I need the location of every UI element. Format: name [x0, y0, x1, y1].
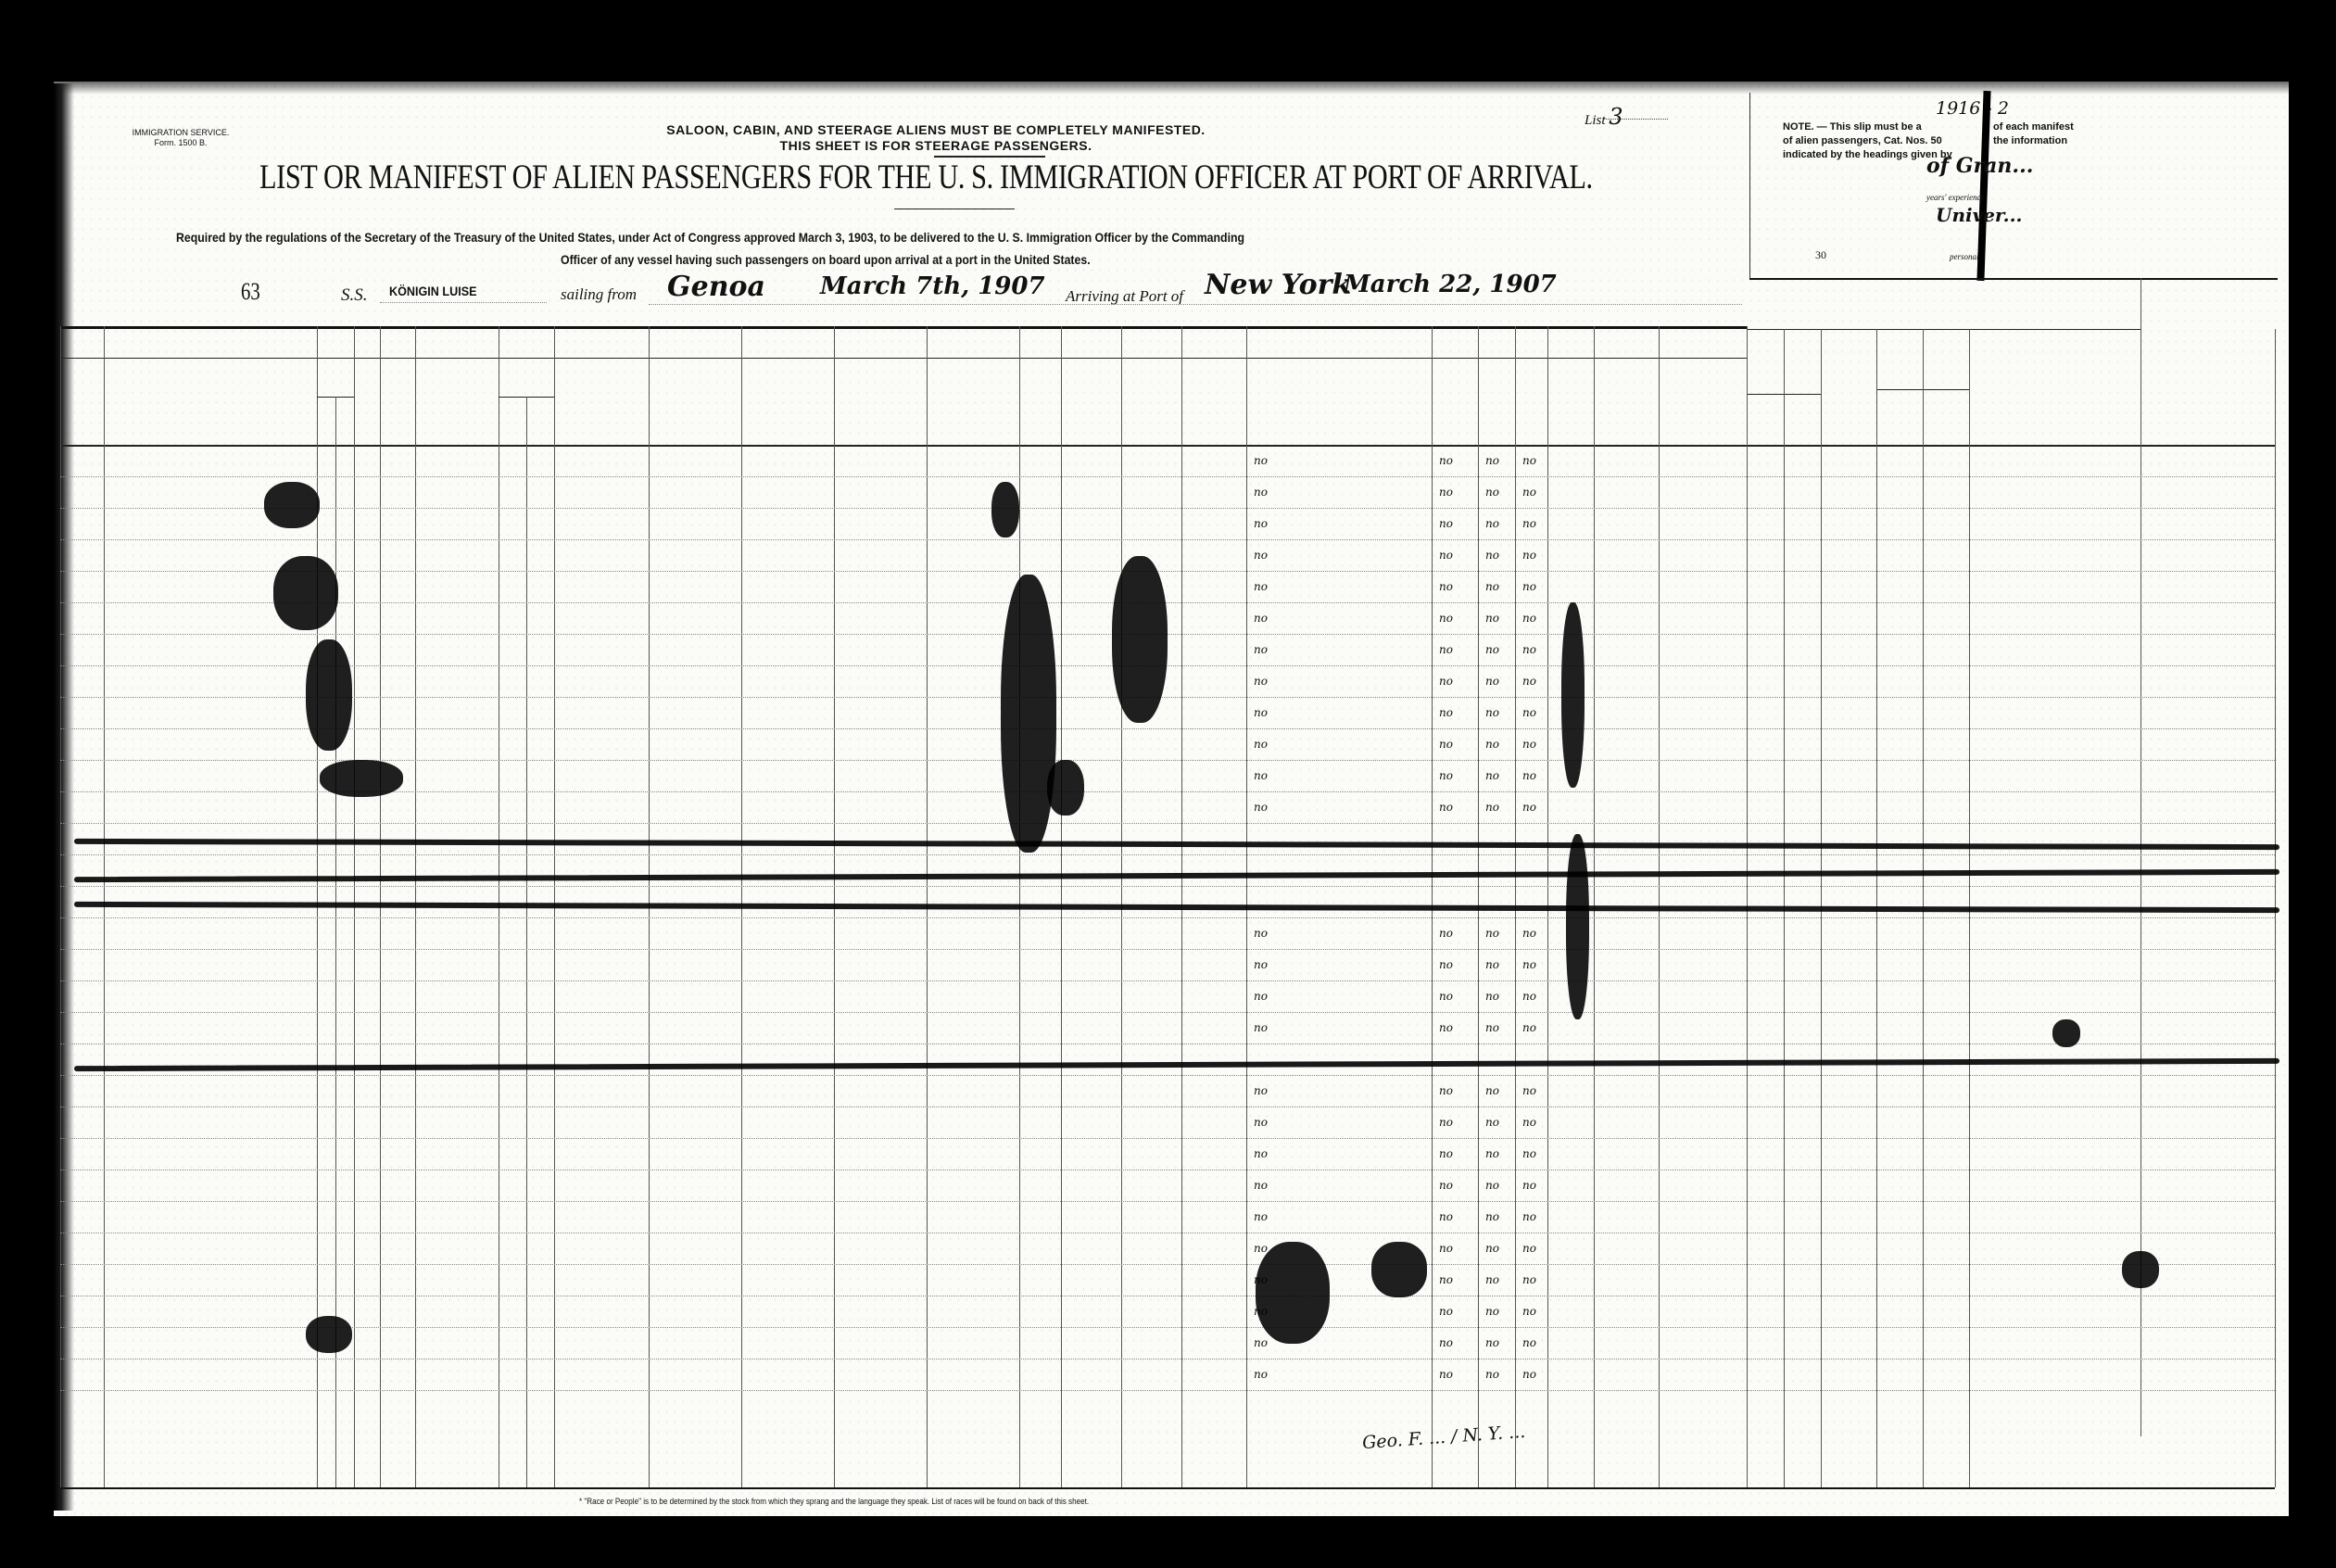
ship-name-line: [380, 302, 547, 303]
arrival-port: New York: [1205, 269, 1351, 301]
cell-no-mark: no: [1254, 927, 1282, 940]
regulation-line-1: Required by the regulations of the Secre…: [176, 230, 1244, 245]
cell-no-mark: no: [1485, 1273, 1513, 1286]
ink-blot: [1256, 1242, 1330, 1344]
arriving-label: Arriving at Port of: [1066, 287, 1183, 306]
cell-no-mark: no: [1485, 1084, 1513, 1097]
cell-no-mark: no: [1522, 612, 1550, 625]
cell-no-mark: no: [1254, 958, 1282, 971]
ship-line-dots: [649, 304, 1742, 305]
cell-no-mark: no: [1254, 675, 1282, 688]
cell-no-mark: no: [1254, 1116, 1282, 1129]
cell-no-mark: no: [1522, 486, 1550, 499]
cell-no-mark: no: [1522, 1147, 1550, 1160]
ink-blot: [306, 1316, 352, 1353]
cell-no-mark: no: [1522, 1368, 1550, 1381]
row-rule: [60, 634, 2275, 635]
cell-no-mark: no: [1439, 801, 1467, 814]
slip-note-line-1: NOTE. — This slip must be a: [1783, 120, 1952, 134]
row-rule: [60, 886, 2275, 887]
cell-no-mark: no: [1439, 1368, 1467, 1381]
row-rule: [60, 728, 2275, 729]
slip-handwritten-number: 1916 - 2: [1936, 98, 2009, 119]
table-top-rule: [60, 326, 1747, 329]
cell-no-mark: no: [1522, 706, 1550, 719]
cell-no-mark: no: [1254, 801, 1282, 814]
cell-no-mark: no: [1522, 517, 1550, 530]
cell-no-mark: no: [1485, 927, 1513, 940]
ink-blot: [306, 639, 352, 751]
ink-blot: [1566, 834, 1589, 1019]
cell-no-mark: no: [1439, 612, 1467, 625]
cell-no-mark: no: [1522, 801, 1550, 814]
cell-no-mark: no: [1485, 706, 1513, 719]
cell-no-mark: no: [1439, 454, 1467, 467]
slip-note-right-2: the information: [1993, 134, 2074, 148]
cell-no-mark: no: [1485, 454, 1513, 467]
ink-blot: [1001, 575, 1056, 853]
ink-blot: [1047, 760, 1084, 816]
cell-no-mark: no: [1254, 643, 1282, 656]
cell-no-mark: no: [1254, 1021, 1282, 1034]
cell-no-mark: no: [1485, 1179, 1513, 1192]
sailing-from-port: Genoa: [667, 271, 765, 303]
row-rule: [60, 1106, 2275, 1107]
notice-line-2: THIS SHEET IS FOR STEERAGE PASSENGERS.: [612, 138, 1260, 153]
list-label: List 3: [1585, 104, 1623, 130]
ink-blot: [1371, 1242, 1427, 1297]
cell-no-mark: no: [1522, 1084, 1550, 1097]
pd-rule: [1747, 329, 2140, 330]
cell-no-mark: no: [1439, 706, 1467, 719]
row-rule: [60, 1043, 2275, 1044]
cell-no-mark: no: [1522, 769, 1550, 782]
column-number-rule: [60, 358, 1747, 359]
ink-blot: [2052, 1019, 2080, 1047]
cell-no-mark: no: [1254, 769, 1282, 782]
cell-no-mark: no: [1485, 675, 1513, 688]
form-header: IMMIGRATION SERVICE. Form. 1500 B.: [130, 128, 232, 148]
ink-blot: [320, 760, 403, 797]
ink-blot: [1112, 556, 1168, 723]
cell-no-mark: no: [1485, 990, 1513, 1003]
scan-border-top: [54, 72, 2289, 95]
page-number: 63: [241, 278, 260, 306]
list-number: 3: [1609, 104, 1623, 130]
row-rule: [60, 602, 2275, 603]
row-rule: [60, 1264, 2275, 1265]
cell-no-mark: no: [1485, 769, 1513, 782]
cell-no-mark: no: [1439, 1305, 1467, 1318]
cell-no-mark: no: [1485, 486, 1513, 499]
ship-name: KÖNIGIN LUISE: [389, 284, 477, 298]
cell-no-mark: no: [1254, 580, 1282, 593]
row-rule: [60, 760, 2275, 761]
cell-no-mark: no: [1439, 675, 1467, 688]
table-bottom-rule: [60, 1487, 2275, 1489]
cell-no-mark: no: [1254, 1210, 1282, 1223]
cell-no-mark: no: [1254, 738, 1282, 751]
cell-no-mark: no: [1254, 706, 1282, 719]
cell-no-mark: no: [1485, 549, 1513, 562]
cell-no-mark: no: [1439, 1210, 1467, 1223]
row-rule: [60, 1359, 2275, 1359]
cell-no-mark: no: [1485, 517, 1513, 530]
ink-blot: [991, 482, 1019, 537]
cell-no-mark: no: [1522, 1179, 1550, 1192]
slip-mark: 30: [1815, 248, 1826, 262]
cell-no-mark: no: [1439, 1242, 1467, 1255]
cell-no-mark: no: [1439, 486, 1467, 499]
cell-no-mark: no: [1254, 1147, 1282, 1160]
cell-no-mark: no: [1485, 1336, 1513, 1349]
row-rule: [60, 1327, 2275, 1328]
cell-no-mark: no: [1439, 927, 1467, 940]
cell-no-mark: no: [1522, 643, 1550, 656]
row-rule: [60, 917, 2275, 918]
cell-no-mark: no: [1439, 738, 1467, 751]
subcolumn-divider: [526, 397, 527, 1487]
cell-no-mark: no: [1522, 1305, 1550, 1318]
row-rule: [60, 1138, 2275, 1139]
ink-blot: [1561, 602, 1585, 788]
regulation-line-2: Officer of any vessel having such passen…: [561, 252, 1091, 267]
cell-no-mark: no: [1522, 1273, 1550, 1286]
ink-blot: [273, 556, 338, 630]
cell-no-mark: no: [1439, 769, 1467, 782]
cell-no-mark: no: [1439, 580, 1467, 593]
footnote: * "Race or People" is to be determined b…: [579, 1497, 1089, 1506]
scan-border-left: [54, 83, 74, 1511]
cell-no-mark: no: [1485, 1147, 1513, 1160]
attached-slip: NOTE. — This slip must be a of alien pas…: [1749, 93, 2269, 278]
row-rule: [60, 1233, 2275, 1233]
cell-no-mark: no: [1439, 1147, 1467, 1160]
cell-no-mark: no: [1522, 580, 1550, 593]
cell-no-mark: no: [1254, 990, 1282, 1003]
row-rule: [60, 1390, 2275, 1391]
cell-no-mark: no: [1439, 1084, 1467, 1097]
cell-no-mark: no: [1439, 643, 1467, 656]
slip-personal-label: personal: [1950, 252, 1979, 261]
header-bottom-rule: [60, 445, 1747, 447]
ship-prefix: S.S.: [341, 285, 368, 306]
cell-no-mark: no: [1439, 1336, 1467, 1349]
cell-no-mark: no: [1522, 675, 1550, 688]
slip-note-right-1: of each manifest: [1993, 120, 2074, 134]
cell-no-mark: no: [1522, 1116, 1550, 1129]
cell-no-mark: no: [1439, 990, 1467, 1003]
cell-no-mark: no: [1485, 580, 1513, 593]
cell-no-mark: no: [1485, 643, 1513, 656]
cell-no-mark: no: [1522, 1210, 1550, 1223]
slip-years-label: years' experience: [1926, 193, 1985, 202]
row-rule: [60, 476, 2275, 477]
cell-no-mark: no: [1522, 454, 1550, 467]
cell-no-mark: no: [1439, 549, 1467, 562]
cell-no-mark: no: [1522, 1242, 1550, 1255]
cell-no-mark: no: [1485, 801, 1513, 814]
cell-no-mark: no: [1485, 1242, 1513, 1255]
cell-no-mark: no: [1485, 1021, 1513, 1034]
slip-handwritten-2: Univer...: [1936, 204, 2023, 226]
cell-no-mark: no: [1485, 612, 1513, 625]
cell-no-mark: no: [1439, 1116, 1467, 1129]
cell-no-mark: no: [1254, 454, 1282, 467]
ink-blot: [2122, 1251, 2159, 1288]
row-rule: [60, 1296, 2275, 1296]
cell-no-mark: no: [1522, 1021, 1550, 1034]
row-rule: [60, 949, 2275, 950]
scan-border-right: [2289, 74, 2336, 1568]
cell-no-mark: no: [1485, 1210, 1513, 1223]
page-title: LIST OR MANIFEST OF ALIEN PASSENGERS FOR…: [259, 158, 1593, 197]
row-rule: [60, 1201, 2275, 1202]
cell-no-mark: no: [1439, 517, 1467, 530]
pd-header-bottom-rule: [1747, 445, 2275, 447]
agency-label: IMMIGRATION SERVICE.: [130, 128, 232, 138]
cell-no-mark: no: [1439, 1273, 1467, 1286]
cell-no-mark: no: [1254, 1368, 1282, 1381]
cell-no-mark: no: [1254, 1084, 1282, 1097]
cell-no-mark: no: [1522, 927, 1550, 940]
slip-note-right: of each manifest the information: [1993, 120, 2074, 148]
row-rule: [60, 1170, 2275, 1170]
cell-no-mark: no: [1439, 1179, 1467, 1192]
row-rule: [60, 571, 2275, 572]
slip-handwritten-1: of Gran...: [1926, 154, 2033, 178]
cell-no-mark: no: [1254, 517, 1282, 530]
row-rule: [60, 854, 2275, 855]
row-rule: [60, 508, 2275, 509]
row-rule: [60, 823, 2275, 824]
cell-no-mark: no: [1522, 958, 1550, 971]
cell-no-mark: no: [1485, 958, 1513, 971]
row-rule: [60, 1075, 2275, 1076]
row-rule: [60, 539, 2275, 540]
slip-note-line-2: of alien passengers, Cat. Nos. 50: [1783, 134, 1952, 148]
cell-no-mark: no: [1522, 1336, 1550, 1349]
row-rule: [60, 980, 2275, 981]
column-divider: [60, 326, 61, 1487]
cell-no-mark: no: [1485, 1368, 1513, 1381]
cell-no-mark: no: [1485, 738, 1513, 751]
cell-no-mark: no: [1522, 990, 1550, 1003]
list-number-line: [1603, 119, 1668, 120]
cell-no-mark: no: [1485, 1305, 1513, 1318]
notice-line-1: SALOON, CABIN, AND STEERAGE ALIENS MUST …: [612, 122, 1260, 137]
slip-bottom-rule: [1749, 278, 2278, 280]
cell-no-mark: no: [1522, 738, 1550, 751]
arrival-date: March 22, 1907: [1344, 271, 1557, 298]
list-label-text: List: [1585, 113, 1606, 128]
row-rule: [60, 665, 2275, 666]
sailing-from-label: sailing from: [561, 285, 637, 304]
cell-no-mark: no: [1439, 958, 1467, 971]
cell-no-mark: no: [1522, 549, 1550, 562]
cell-no-mark: no: [1439, 1021, 1467, 1034]
cell-no-mark: no: [1254, 486, 1282, 499]
cell-no-mark: no: [1254, 549, 1282, 562]
cell-no-mark: no: [1254, 1179, 1282, 1192]
cell-no-mark: no: [1485, 1116, 1513, 1129]
title-underline: [894, 209, 1015, 209]
row-rule: [60, 1012, 2275, 1013]
form-number: Form. 1500 B.: [130, 138, 232, 148]
sailing-date: March 7th, 1907: [820, 272, 1045, 300]
ink-blot: [264, 482, 320, 528]
cell-no-mark: no: [1254, 612, 1282, 625]
row-rule: [60, 697, 2275, 698]
